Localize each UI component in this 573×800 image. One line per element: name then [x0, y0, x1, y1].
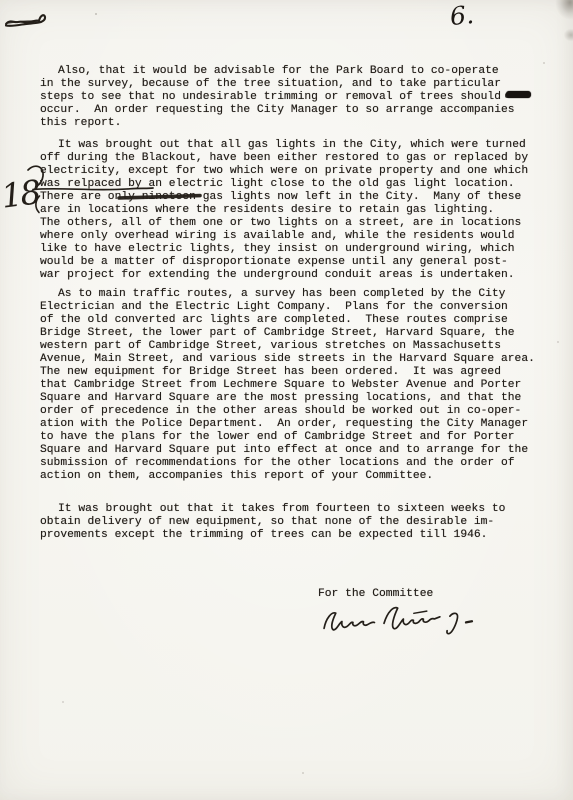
text-line: The others, all of them one or two light…	[40, 217, 550, 230]
paragraph: It was brought out that all gas lights i…	[40, 139, 550, 282]
signature-second-word	[384, 607, 440, 629]
document-page: 6. Also, that it would be advisable for …	[0, 0, 573, 800]
text-line: war project for extending the undergroun…	[40, 269, 550, 282]
text-line: off during the Blackout, have been eithe…	[40, 152, 550, 165]
text-line: action on them, accompanies this report …	[40, 470, 550, 483]
page-number: 6.	[449, 0, 475, 31]
signature-first-word	[324, 612, 375, 630]
line-text: steps to see that no undesirable trimmin…	[40, 91, 501, 103]
text-line: The new equipment for Bridge Street has …	[40, 366, 550, 379]
signature-t-cross	[414, 611, 427, 613]
text-line: electricity, except for two which were o…	[40, 165, 550, 178]
paragraph: Also, that it would be advisable for the…	[40, 65, 550, 130]
line-text: There are only nineteen gas lights now l…	[40, 191, 521, 203]
signature-scribble	[318, 600, 493, 648]
line-text: war project for extending the undergroun…	[40, 269, 515, 281]
corner-smudge	[555, 0, 573, 20]
text-line: Square and Harvard Square are the most p…	[40, 392, 550, 405]
check-scribble-icon	[4, 8, 56, 38]
line-text: Square and Harvard Square put into effec…	[40, 444, 528, 456]
text-line: Bridge Street, the lower part of Cambrid…	[40, 327, 550, 340]
line-text: Avenue, Main Street, and various side st…	[40, 353, 535, 365]
line-text: ation with the Police Department. An ord…	[40, 418, 528, 430]
paragraph: It was brought out that it takes from fo…	[40, 503, 550, 542]
text-line: As to main traffic routes, a survey has …	[40, 288, 550, 301]
text-line: It was brought out that it takes from fo…	[40, 503, 550, 516]
line-text: It was brought out that it takes from fo…	[58, 503, 505, 515]
line-text: was relpaced by an electric light close …	[40, 178, 515, 190]
text-line: like to have electric lights, they insis…	[40, 243, 550, 256]
text-line: submission of recommendations for the ot…	[40, 457, 550, 470]
line-text: order of precedence in the other areas s…	[40, 405, 521, 417]
closing-line: For the Committee	[318, 588, 433, 601]
text-line: Avenue, Main Street, and various side st…	[40, 353, 550, 366]
text-line: this report.	[40, 117, 550, 130]
line-text: Also, that it would be advisable for the…	[58, 65, 499, 77]
line-text: where only overhead wiring is available …	[40, 230, 515, 242]
signature-period	[466, 621, 472, 622]
margin-number-text: 18	[0, 172, 42, 215]
line-text: It was brought out that all gas lights i…	[58, 139, 526, 151]
text-line: It was brought out that all gas lights i…	[40, 139, 550, 152]
line-text: that Cambridge Street from Lechmere Squa…	[40, 379, 521, 391]
text-line: where only overhead wiring is available …	[40, 230, 550, 243]
paper-specks	[0, 0, 2, 2]
line-text: As to main traffic routes, a survey has …	[58, 288, 505, 300]
line-text: action on them, accompanies this report …	[40, 470, 433, 482]
line-text: of the old converted arc lights are comp…	[40, 314, 508, 326]
line-text: in the survey, because of the tree situa…	[40, 78, 501, 90]
text-line: to have the plans for the lower end of C…	[40, 431, 550, 444]
line-text: off during the Blackout, have been eithe…	[40, 152, 528, 164]
line-text: provements except the trimming of trees …	[40, 529, 487, 541]
line-text: are in locations where the residents des…	[40, 204, 494, 216]
line-text: submission of recommendations for the ot…	[40, 457, 515, 469]
text-line: Also, that it would be advisable for the…	[40, 65, 550, 78]
line-text: to have the plans for the lower end of C…	[40, 431, 515, 443]
document-body: Also, that it would be advisable for the…	[40, 65, 550, 542]
line-text: would be a matter of disproportionate ex…	[40, 256, 508, 268]
line-text: like to have electric lights, they insis…	[40, 243, 515, 255]
text-line: provements except the trimming of trees …	[40, 529, 550, 542]
text-line: in the survey, because of the tree situa…	[40, 78, 550, 91]
line-text: The others, all of them one or two light…	[40, 217, 521, 229]
edge-smudge	[563, 28, 573, 42]
line-text: occur. An order requesting the City Mana…	[40, 104, 515, 116]
line-text: this report.	[40, 117, 121, 129]
text-line: ation with the Police Department. An ord…	[40, 418, 550, 431]
text-line: occur. An order requesting the City Mana…	[40, 104, 550, 117]
line-text: Square and Harvard Square are the most p…	[40, 392, 521, 404]
line-text: electricity, except for two which were o…	[40, 165, 528, 177]
text-line: are in locations where the residents des…	[40, 204, 550, 217]
text-line: would be a matter of disproportionate ex…	[40, 256, 550, 269]
line-text: The new equipment for Bridge Street has …	[40, 366, 501, 378]
redacted-word	[506, 91, 531, 98]
line-text: obtain delivery of new equipment, so tha…	[40, 516, 494, 528]
text-line: of the old converted arc lights are comp…	[40, 314, 550, 327]
paren-tick-stroke	[36, 196, 40, 213]
line-text: Electrician and the Electric Light Compa…	[40, 301, 508, 313]
text-line: order of precedence in the other areas s…	[40, 405, 550, 418]
text-line: Electrician and the Electric Light Compa…	[40, 301, 550, 314]
text-line: Square and Harvard Square put into effec…	[40, 444, 550, 457]
text-line: steps to see that no undesirable trimmin…	[40, 91, 550, 104]
text-line: obtain delivery of new equipment, so tha…	[40, 516, 550, 529]
signature-jr	[447, 613, 458, 633]
line-text: Bridge Street, the lower part of Cambrid…	[40, 327, 515, 339]
text-line: western part of Cambridge Street, variou…	[40, 340, 550, 353]
paragraph: As to main traffic routes, a survey has …	[40, 288, 550, 483]
text-line: was relpaced by an electric light close …	[40, 178, 550, 191]
line-text: western part of Cambridge Street, variou…	[40, 340, 501, 352]
text-line: that Cambridge Street from Lechmere Squa…	[40, 379, 550, 392]
text-line: There are only nineteen gas lights now l…	[40, 191, 550, 204]
